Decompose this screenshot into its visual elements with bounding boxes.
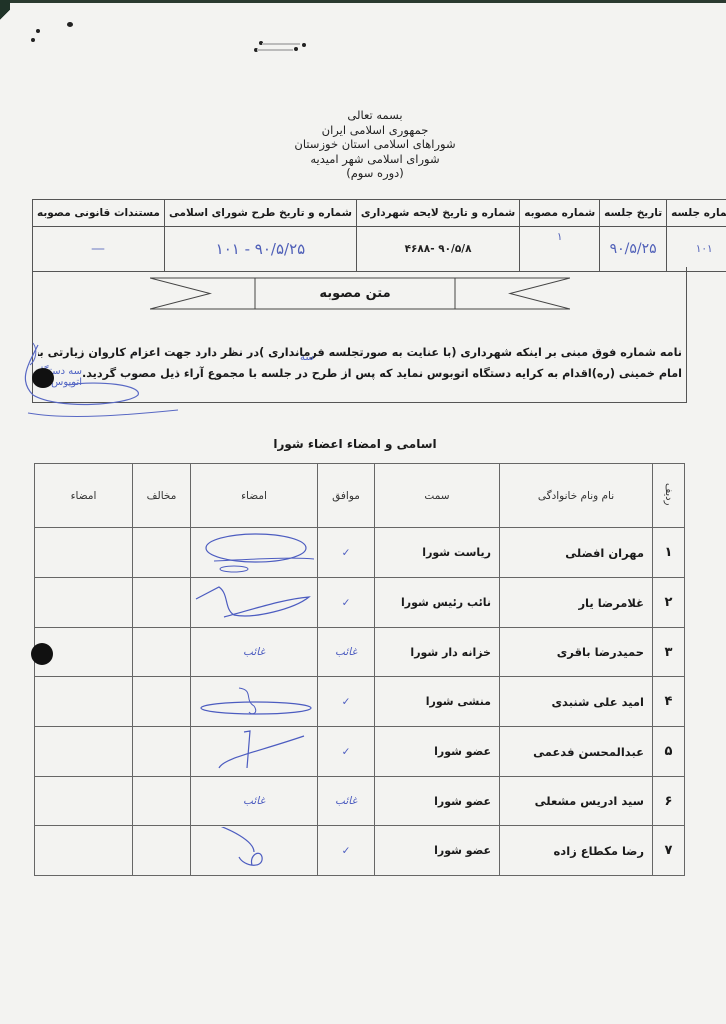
hole-punch bbox=[32, 368, 54, 388]
handwritten-insert: سه bbox=[300, 352, 314, 363]
header-legal-documents: مستندات قانونی مصوبه bbox=[33, 200, 165, 227]
absent-mark: غائب bbox=[191, 777, 318, 826]
municipality-bill: ۹۰/۵/۸ -۴۶۸۸ bbox=[356, 227, 519, 272]
header-name: نام ونام خانوادگی bbox=[500, 464, 653, 528]
row-number: ۵ bbox=[653, 727, 685, 777]
row-number: ۶ bbox=[653, 777, 685, 826]
signature-cell bbox=[191, 578, 318, 628]
members-title: اسامی و امضاء اعضاء شورا bbox=[230, 437, 480, 451]
letterhead-line: (دوره سوم) bbox=[260, 166, 490, 181]
legal-documents: — bbox=[33, 227, 165, 272]
member-name: عبدالمحسن فدعمی bbox=[500, 727, 653, 777]
agree-check-icon: ✓ bbox=[318, 528, 375, 578]
meta-header-row: شماره جلسه تاریخ جلسه شماره مصوبه شماره … bbox=[33, 200, 726, 227]
signature-cell bbox=[191, 528, 318, 578]
member-name: امید علی شنبدی bbox=[500, 677, 653, 727]
absent-mark: غائب bbox=[318, 628, 375, 677]
row-number: ۲ bbox=[653, 578, 685, 628]
signature-icon bbox=[194, 678, 314, 722]
row-number: ۳ bbox=[653, 628, 685, 677]
member-role: عضو شورا bbox=[375, 727, 500, 777]
member-role: نائب رئیس شورا bbox=[375, 578, 500, 628]
scan-corner bbox=[0, 0, 10, 30]
header-session-number: شماره جلسه bbox=[667, 200, 726, 227]
header-oppose: مخالف bbox=[133, 464, 191, 528]
signature-icon bbox=[194, 579, 314, 623]
staple-mark bbox=[36, 29, 40, 33]
staple-mark bbox=[67, 22, 73, 27]
hole-punch bbox=[31, 643, 53, 665]
staple-mark bbox=[294, 47, 298, 51]
header-signature-2: امضاء bbox=[35, 464, 133, 528]
resolution-title-banner: متن مصوبه bbox=[150, 277, 570, 310]
letterhead-line: جمهوری اسلامی ایران bbox=[260, 123, 490, 138]
row-number: ۱ bbox=[653, 528, 685, 578]
header-session-date: تاریخ جلسه bbox=[600, 200, 667, 227]
signature-icon bbox=[194, 728, 314, 772]
signature-icon bbox=[194, 827, 314, 871]
members-table: ردیف نام ونام خانوادگی سمت موافق امضاء م… bbox=[34, 463, 685, 876]
table-row: ۳ حمیدرضا باقری خزانه دار شورا غائب غائب bbox=[35, 628, 685, 677]
staple-mark bbox=[31, 38, 35, 42]
agree-check-icon: ✓ bbox=[318, 677, 375, 727]
session-number: ۱۰۱ bbox=[667, 227, 726, 272]
agree-check-icon: ✓ bbox=[318, 578, 375, 628]
council-plan: ۹۰/۵/۲۵ - ۱۰۱ bbox=[164, 227, 356, 272]
oppose-cell bbox=[133, 727, 191, 777]
resolution-number: ۱ bbox=[520, 227, 600, 272]
letterhead-line: بسمه تعالی bbox=[260, 108, 490, 123]
member-name: حمیدرضا باقری bbox=[500, 628, 653, 677]
member-name: رضا مکطاع زاده bbox=[500, 826, 653, 876]
signature-cell bbox=[191, 727, 318, 777]
header-council-plan: شماره و تاریخ طرح شورای اسلامی bbox=[164, 200, 356, 227]
member-name: غلامرضا یار bbox=[500, 578, 653, 628]
header-municipality-bill: شماره و تاریخ لایحه شهرداری bbox=[356, 200, 519, 227]
signature-2-cell bbox=[35, 727, 133, 777]
scan-edge bbox=[0, 0, 726, 3]
staple bbox=[257, 49, 293, 51]
member-name: سید ادریس مشعلی bbox=[500, 777, 653, 826]
signature-2-cell bbox=[35, 528, 133, 578]
signature-cell bbox=[191, 826, 318, 876]
resolution-title: متن مصوبه bbox=[255, 277, 455, 310]
table-row: ۶ سید ادریس مشعلی عضو شورا غائب غائب bbox=[35, 777, 685, 826]
oppose-cell bbox=[133, 777, 191, 826]
agree-check-icon: ✓ bbox=[318, 727, 375, 777]
member-role: عضو شورا bbox=[375, 777, 500, 826]
staple-mark bbox=[302, 43, 306, 47]
row-number: ۷ bbox=[653, 826, 685, 876]
meta-value-row: ۱۰۱ ۹۰/۵/۲۵ ۱ ۹۰/۵/۸ -۴۶۸۸ ۹۰/۵/۲۵ - ۱۰۱… bbox=[33, 227, 726, 272]
members-header-row: ردیف نام ونام خانوادگی سمت موافق امضاء م… bbox=[35, 464, 685, 528]
table-row: ۷ رضا مکطاع زاده عضو شورا ✓ bbox=[35, 826, 685, 876]
member-role: عضو شورا bbox=[375, 826, 500, 876]
signature-2-cell bbox=[35, 777, 133, 826]
letterhead-line: شوراهای اسلامی استان خوزستان bbox=[260, 137, 490, 152]
oppose-cell bbox=[133, 528, 191, 578]
member-role: منشی شورا bbox=[375, 677, 500, 727]
oppose-cell bbox=[133, 826, 191, 876]
signature-icon bbox=[194, 529, 314, 573]
absent-mark: غائب bbox=[191, 628, 318, 677]
oppose-cell bbox=[133, 677, 191, 727]
resolution-meta-table: شماره جلسه تاریخ جلسه شماره مصوبه شماره … bbox=[32, 199, 726, 272]
member-name: مهران افضلی bbox=[500, 528, 653, 578]
header-row-number: ردیف bbox=[653, 464, 685, 528]
absent-mark: غائب bbox=[318, 777, 375, 826]
header-signature: امضاء bbox=[191, 464, 318, 528]
header-role: سمت bbox=[375, 464, 500, 528]
table-row: ۵ عبدالمحسن فدعمی عضو شورا ✓ bbox=[35, 727, 685, 777]
member-role: خزانه دار شورا bbox=[375, 628, 500, 677]
table-row: ۱ مهران افضلی ریاست شورا ✓ bbox=[35, 528, 685, 578]
member-role: ریاست شورا bbox=[375, 528, 500, 578]
signature-2-cell bbox=[35, 826, 133, 876]
header-agree: موافق bbox=[318, 464, 375, 528]
staple bbox=[262, 43, 300, 45]
letterhead-line: شورای اسلامی شهر امیدیه bbox=[260, 152, 490, 167]
session-date: ۹۰/۵/۲۵ bbox=[600, 227, 667, 272]
letterhead: بسمه تعالی جمهوری اسلامی ایران شوراهای ا… bbox=[260, 108, 490, 181]
signature-2-cell bbox=[35, 677, 133, 727]
table-row: ۴ امید علی شنبدی منشی شورا ✓ bbox=[35, 677, 685, 727]
table-row: ۲ غلامرضا یار نائب رئیس شورا ✓ bbox=[35, 578, 685, 628]
signature-cell bbox=[191, 677, 318, 727]
row-number: ۴ bbox=[653, 677, 685, 727]
oppose-cell bbox=[133, 578, 191, 628]
oppose-cell bbox=[133, 628, 191, 677]
header-resolution-number: شماره مصوبه bbox=[520, 200, 600, 227]
signature-2-cell bbox=[35, 578, 133, 628]
agree-check-icon: ✓ bbox=[318, 826, 375, 876]
